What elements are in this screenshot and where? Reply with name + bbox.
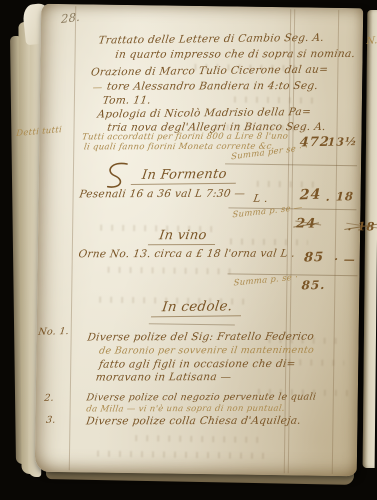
ink-bleedthrough — [93, 451, 273, 460]
currency-mark: L . — [252, 193, 268, 205]
amount-soldi: . 18 — [326, 189, 355, 204]
facing-page-mark: N. — [366, 35, 377, 47]
amount-soldi: 13½ — [327, 135, 357, 149]
item-line: de Baronio per sovvenire il mantenimento — [98, 345, 314, 357]
book-title-line: in quarto impresso che di sopra si nomin… — [114, 48, 356, 61]
item-line: Diverse polize colla Chiesa d'Aquileja. — [85, 415, 301, 428]
amount-lire-struck: 24 — [296, 216, 316, 231]
ink-bleedthrough — [131, 435, 261, 443]
book-title-line: tore Alessandro Bandiera in 4:to Seg. — [106, 80, 319, 93]
section-header-vino: In vino — [148, 228, 218, 245]
amount-soldi-struck: . 18 — [347, 219, 375, 233]
ink-bleedthrough — [230, 96, 320, 103]
formento-entry: Pesenali 16 a 36 val L 7:30 — — [79, 188, 246, 201]
amount-rule-2 — [332, 10, 339, 474]
item-number: No. 1. — [38, 326, 70, 338]
book-title-line: Trattato delle Lettere di Cambio Seg. A. — [98, 32, 325, 47]
item-line: moravano in Latisana — — [95, 371, 232, 383]
book-title-line: Apologia di Nicolò Madrisio della Pa= — [97, 106, 312, 121]
summa-label: Summa p. se · — [233, 273, 298, 289]
item-line: Diverse polize del Sig: Fratello Federic… — [87, 331, 315, 344]
amount-lire: 85. — [301, 278, 326, 292]
ink-bleedthrough — [226, 238, 308, 245]
valuation-note-line: Tutti accordatti per fiorini 800 a Lire … — [81, 132, 288, 143]
book-title-line: Tom. 11. — [102, 94, 152, 106]
manuscript-photo: N. Detti tutti 28. Trattato delle Letter… — [0, 0, 377, 500]
item-line: da Milla — vi n'è una sopra di non puntu… — [86, 404, 286, 415]
amount-lire: 24 — [300, 187, 322, 204]
folio-number: 28. — [61, 10, 80, 27]
insertion-dash: — — [92, 82, 103, 93]
item-number: 3. — [45, 415, 56, 426]
vino-entry: Orne No. 13. circa a £ 18 l'orna val L . — [78, 248, 296, 261]
section-header-formento: In Formento — [131, 167, 238, 185]
ink-bleedthrough — [104, 267, 234, 275]
section-header-cedole: In cedole. — [151, 298, 244, 317]
item-number: 2. — [44, 393, 55, 404]
header-second-underline — [149, 323, 235, 325]
calligraphic-flourish — [103, 161, 133, 191]
margin-rule-left — [69, 6, 76, 470]
amount-soldi: · — — [334, 253, 357, 266]
facing-page-sliver — [363, 10, 377, 468]
manuscript-page: 28. Trattato delle Lettere di Cambio Seg… — [35, 4, 364, 476]
amount-lire: 85 — [304, 250, 325, 265]
item-line: fatto agli figli in occasione che di= — [98, 358, 296, 371]
item-line: Diverse polize col negozio pervenute le … — [86, 392, 317, 404]
